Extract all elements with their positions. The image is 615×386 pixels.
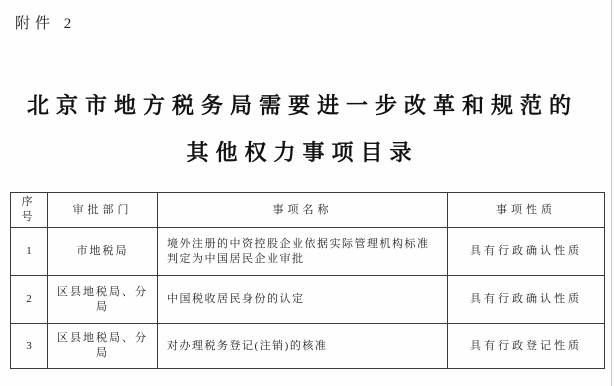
header-no: 序号 [11, 193, 48, 228]
items-table-header: 序号 审批部门 事项名称 事项性质 [11, 193, 605, 228]
document-title-line-2: 其他权力事项目录 [0, 129, 605, 176]
header-department: 审批部门 [48, 193, 158, 228]
items-table-body: 1 市地税局 境外注册的中资控股企业依据实际管理机构标准判定为中国居民企业审批 … [11, 228, 605, 369]
row-item-name: 对办理税务登记(注销)的核准 [158, 324, 448, 369]
row-number: 1 [11, 228, 48, 276]
document-title-line-1: 北京市地方税务局需要进一步改革和规范的 [0, 82, 605, 129]
row-item-nature: 具有行政确认性质 [448, 276, 605, 324]
attachment-label: 附件 2 [15, 12, 76, 33]
table-row: 3 区县地税局、分局 对办理税务登记(注销)的核准 具有行政登记性质 [11, 324, 605, 369]
document-title: 北京市地方税务局需要进一步改革和规范的 其他权力事项目录 [0, 82, 605, 176]
table-row: 2 区县地税局、分局 中国税收居民身份的认定 具有行政确认性质 [11, 276, 605, 324]
row-item-name: 中国税收居民身份的认定 [158, 276, 448, 324]
items-table: 序号 审批部门 事项名称 事项性质 1 市地税局 境外注册的中资控股企业依据实际… [10, 192, 605, 369]
row-department: 市地税局 [48, 228, 158, 276]
scan-edge-line [611, 0, 612, 386]
row-number: 2 [11, 276, 48, 324]
header-row: 序号 审批部门 事项名称 事项性质 [11, 193, 605, 228]
row-number: 3 [11, 324, 48, 369]
table-row: 1 市地税局 境外注册的中资控股企业依据实际管理机构标准判定为中国居民企业审批 … [11, 228, 605, 276]
row-item-nature: 具有行政登记性质 [448, 324, 605, 369]
header-item-nature: 事项性质 [448, 193, 605, 228]
row-department: 区县地税局、分局 [48, 324, 158, 369]
header-item-name: 事项名称 [158, 193, 448, 228]
row-item-name: 境外注册的中资控股企业依据实际管理机构标准判定为中国居民企业审批 [158, 228, 448, 276]
document-page: 附件 2 北京市地方税务局需要进一步改革和规范的 其他权力事项目录 序号 审批部… [0, 0, 615, 386]
row-department: 区县地税局、分局 [48, 276, 158, 324]
row-item-nature: 具有行政确认性质 [448, 228, 605, 276]
